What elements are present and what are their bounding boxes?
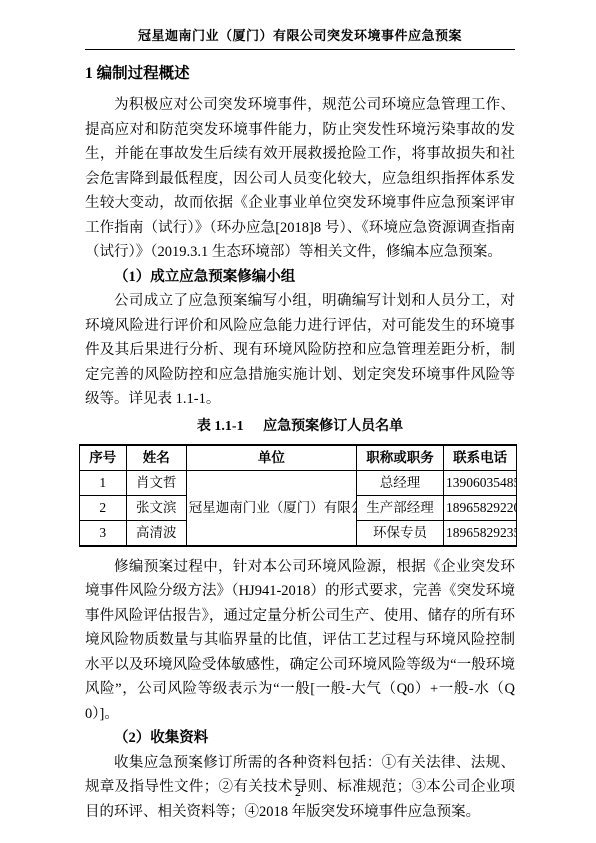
table-row: 1 肖文哲 冠星迦南门业（厦门）有限公司 总经理 13906035485 — [79, 470, 517, 495]
cell-title: 总经理 — [356, 470, 443, 495]
header-cell-unit: 单位 — [186, 445, 356, 471]
page-header: 冠星迦南门业（厦门）有限公司突发环境事件应急预案 — [85, 28, 515, 50]
header-cell-no: 序号 — [79, 445, 126, 471]
cell-company: 冠星迦南门业（厦门）有限公司 — [186, 470, 356, 546]
paragraph-subsection-1: 公司成立了应急预案编写小组，明确编写计划和人员分工，对环境风险进行评价和风险应急… — [85, 289, 515, 412]
table-caption-label: 表 1.1-1 — [197, 419, 244, 434]
cell-name: 张文滨 — [126, 495, 186, 520]
paragraph-intro: 为积极应对公司突发环境事件，规范公司环境应急管理工作、提高应对和防范突发环境事件… — [85, 93, 515, 265]
cell-phone: 18965829220 — [444, 495, 517, 520]
table-caption-title: 应急预案修订人员名单 — [263, 419, 403, 434]
document-page: 冠星迦南门业（厦门）有限公司突发环境事件应急预案 1 编制过程概述 为积极应对公… — [0, 0, 596, 843]
subsection-2-heading: （2）收集资料 — [85, 726, 515, 751]
cell-phone: 18965829235 — [444, 520, 517, 546]
subsection-1-heading: （1）成立应急预案修编小组 — [85, 265, 515, 290]
page-number: 2 — [295, 785, 301, 799]
cell-name: 肖文哲 — [126, 470, 186, 495]
page-content: 冠星迦南门业（厦门）有限公司突发环境事件应急预案 1 编制过程概述 为积极应对公… — [85, 28, 515, 824]
header-cell-name: 姓名 — [126, 445, 186, 471]
table-header-row: 序号 姓名 单位 职称或职务 联系电话 — [79, 445, 517, 471]
header-cell-phone: 联系电话 — [444, 445, 517, 471]
page-footer: 2 — [0, 785, 596, 799]
paragraph-revision: 修编预案过程中，针对本公司环境风险源，根据《企业突发环境事件风险分级方法》（HJ… — [85, 555, 515, 727]
cell-title: 生产部经理 — [356, 495, 443, 520]
cell-phone: 13906035485 — [444, 470, 517, 495]
cell-title: 环保专员 — [356, 520, 443, 546]
cell-name: 高清波 — [126, 520, 186, 546]
cell-no: 3 — [79, 520, 126, 546]
personnel-table: 序号 姓名 单位 职称或职务 联系电话 1 肖文哲 冠星迦南门业（厦门）有限公司… — [79, 444, 518, 547]
header-cell-title: 职称或职务 — [356, 445, 443, 471]
table-caption: 表 1.1-1 应急预案修订人员名单 — [85, 417, 515, 437]
document-title: 冠星迦南门业（厦门）有限公司突发环境事件应急预案 — [138, 28, 462, 43]
cell-no: 1 — [79, 470, 126, 495]
cell-no: 2 — [79, 495, 126, 520]
section-heading: 1 编制过程概述 — [85, 64, 515, 84]
